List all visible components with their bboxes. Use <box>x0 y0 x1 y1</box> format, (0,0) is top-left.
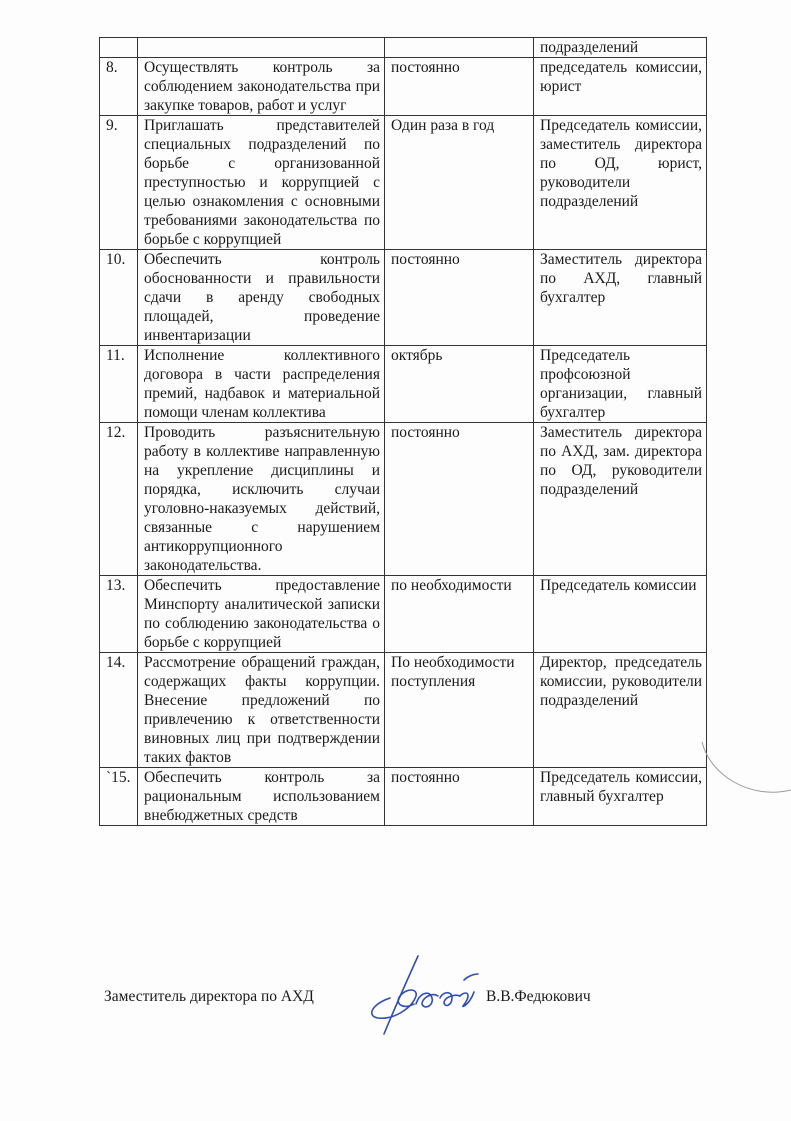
row-deadline: октябрь <box>385 346 534 423</box>
row-number: 12. <box>100 423 138 576</box>
row-number: 11. <box>100 346 138 423</box>
table-row: 14. Рассмотрение обращений граждан, соде… <box>100 653 707 768</box>
row-task: Обеспечить контроль за рациональным испо… <box>138 768 385 826</box>
row-responsible: председатель комиссии, юрист <box>534 58 707 116</box>
row-number <box>100 38 138 58</box>
signatory-name: В.В.Федюкович <box>486 988 591 1006</box>
row-task: Приглашать представителей специальных по… <box>138 116 385 250</box>
row-deadline: постоянно <box>385 250 534 346</box>
row-responsible: Председатель комиссии, заместитель дирек… <box>534 116 707 250</box>
row-deadline <box>385 38 534 58</box>
row-deadline: постоянно <box>385 58 534 116</box>
row-responsible: Заместитель директора по АХД, главный бу… <box>534 250 707 346</box>
row-deadline: по необходимости <box>385 576 534 653</box>
row-number: 8. <box>100 58 138 116</box>
scan-artifact-curve <box>690 680 791 800</box>
table-row: 13. Обеспечить предоставление Минспорту … <box>100 576 707 653</box>
row-number: `15. <box>100 768 138 826</box>
row-number: 13. <box>100 576 138 653</box>
row-responsible: Директор, председатель комиссии, руковод… <box>534 653 707 768</box>
table-row: 12. Проводить разъяснительную работу в к… <box>100 423 707 576</box>
row-task: Исполнение коллективного договора в част… <box>138 346 385 423</box>
handwritten-signature-icon <box>360 952 490 1037</box>
row-task: Обеспечить предоставление Минспорту анал… <box>138 576 385 653</box>
table-row-continuation: подразделений <box>100 38 707 58</box>
row-responsible: Председатель комиссии <box>534 576 707 653</box>
row-responsible: Заместитель директора по АХД, зам. дирек… <box>534 423 707 576</box>
row-task: Рассмотрение обращений граждан, содержащ… <box>138 653 385 768</box>
row-number: 9. <box>100 116 138 250</box>
row-task: Проводить разъяснительную работу в колле… <box>138 423 385 576</box>
table-row: `15. Обеспечить контроль за рациональным… <box>100 768 707 826</box>
row-number: 14. <box>100 653 138 768</box>
row-task: Осуществлять контроль за соблюдением зак… <box>138 58 385 116</box>
row-number: 10. <box>100 250 138 346</box>
row-task: Обеспечить контроль обоснованности и пра… <box>138 250 385 346</box>
row-deadline: постоянно <box>385 423 534 576</box>
row-responsible: Председатель комиссии, главный бухгалтер <box>534 768 707 826</box>
row-deadline: Один раза в год <box>385 116 534 250</box>
row-deadline: постоянно <box>385 768 534 826</box>
row-responsible: Председатель профсоюзной организации, гл… <box>534 346 707 423</box>
table-row: 8. Осуществлять контроль за соблюдением … <box>100 58 707 116</box>
row-deadline: По необходимости поступления <box>385 653 534 768</box>
table-row: 11. Исполнение коллективного договора в … <box>100 346 707 423</box>
plan-table: подразделений 8. Осуществлять контроль з… <box>99 37 707 826</box>
row-task <box>138 38 385 58</box>
signatory-title: Заместитель директора по АХД <box>104 988 314 1006</box>
table-row: 9. Приглашать представителей специальных… <box>100 116 707 250</box>
table-row: 10. Обеспечить контроль обоснованности и… <box>100 250 707 346</box>
row-responsible: подразделений <box>534 38 707 58</box>
